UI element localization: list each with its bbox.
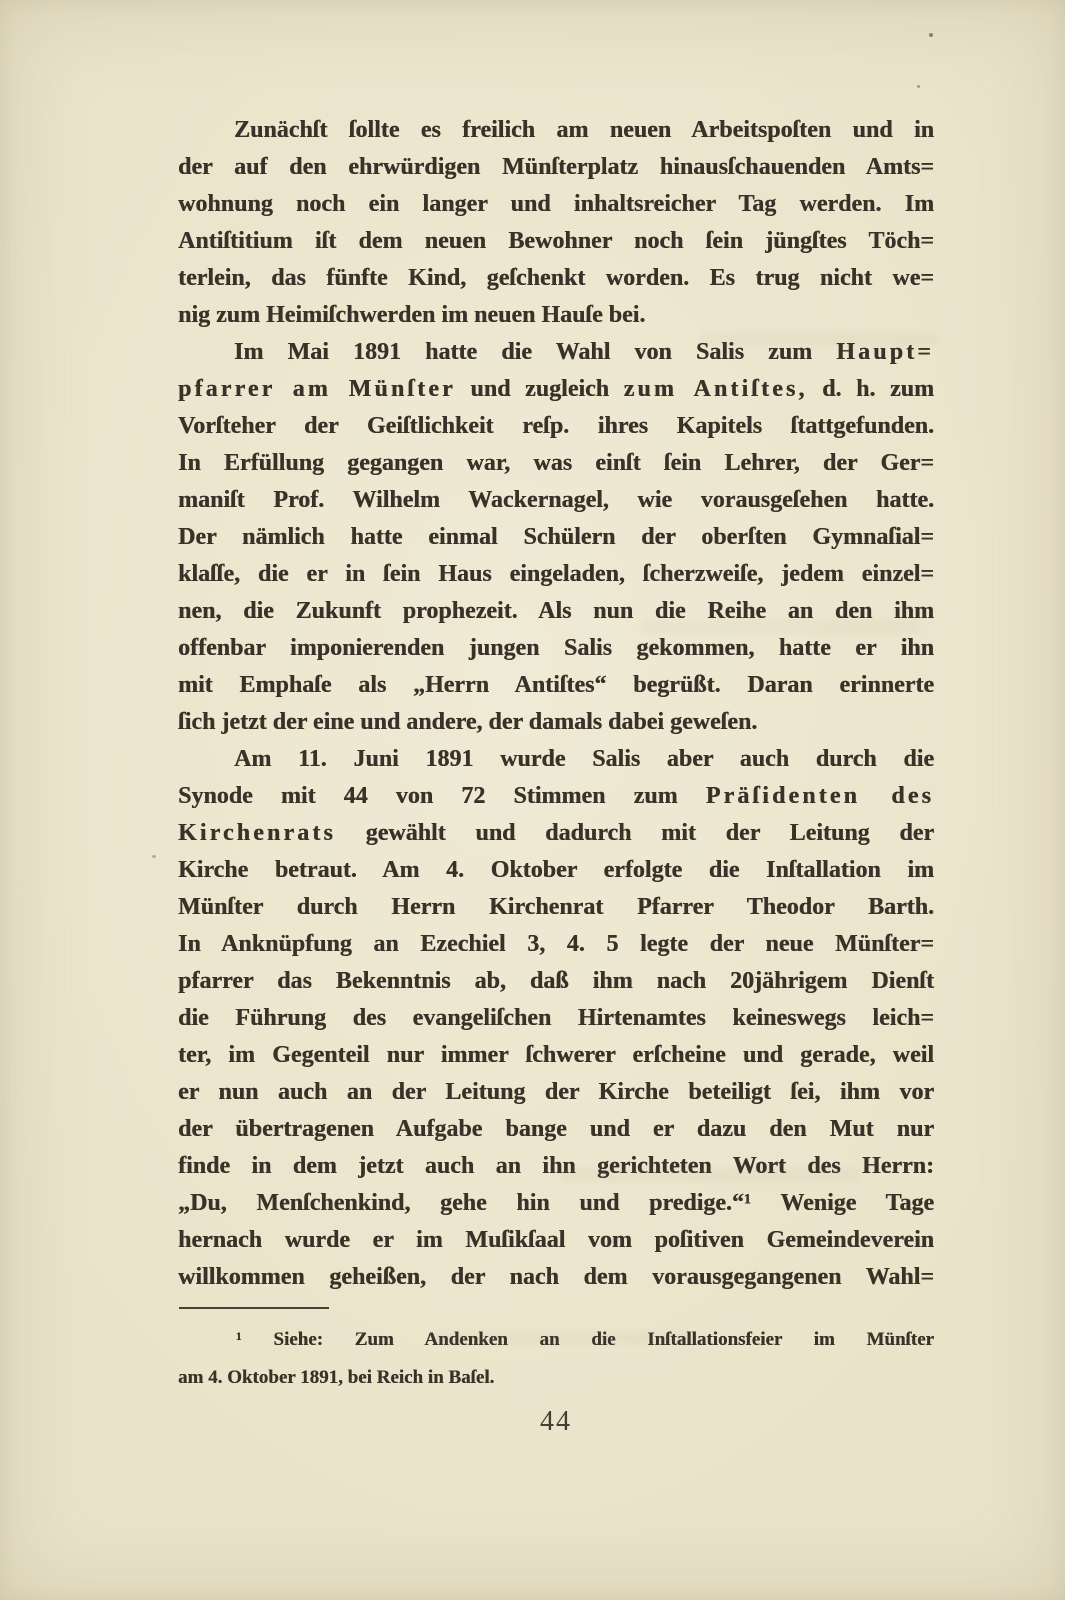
footnote: ¹ Siehe: Zum Andenken an die Inſtallatio… [178, 1321, 934, 1397]
text-segment: offenbar imponierenden jungen Salis geko… [178, 635, 934, 661]
letterspaced-text: zum Antiſtes, [624, 376, 808, 402]
text-line: pfarrer das Bekenntnis ab, daß ihm nach … [178, 963, 934, 1000]
text-line: Im Mai 1891 hatte die Wahl von Salis zum… [178, 334, 934, 371]
text-line: ſich jetzt der eine und andere, der dama… [178, 704, 934, 741]
text-segment: gewählt und dadurch mit der Leitung der [336, 820, 934, 846]
text-line: hernach wurde er im Muſikſaal vom poſiti… [178, 1222, 934, 1259]
text-segment: ¹ Siehe: Zum Andenken an die Inſtallatio… [236, 1329, 934, 1350]
text-line: ter, im Gegenteil nur immer ſchwerer erſ… [178, 1037, 934, 1074]
text-line: Synode mit 44 von 72 Stimmen zum Präſide… [178, 778, 934, 815]
letterspaced-text: pfarrer am Münſter [178, 376, 456, 402]
paper-speck [152, 855, 156, 858]
paper-speck [917, 85, 920, 88]
text-segment: Münſter durch Herrn Kirchenrat Pfarrer T… [178, 894, 934, 920]
text-segment: mit Emphaſe als „Herrn Antiſtes“ begrüßt… [178, 672, 934, 698]
paper-speck [929, 33, 933, 37]
letterspaced-text: Haupt= [836, 339, 934, 365]
text-segment: finde in dem jetzt auch an ihn gerichtet… [178, 1153, 934, 1179]
text-line: In Anknüpfung an Ezechiel 3, 4. 5 legte … [178, 926, 934, 963]
text-line: willkommen geheißen, der nach dem voraus… [178, 1259, 934, 1296]
text-segment: terlein, das fünfte Kind, geſchenkt word… [178, 265, 934, 291]
text-segment: Vorſteher der Geiſtlichkeit reſp. ihres … [178, 413, 934, 439]
text-line: maniſt Prof. Wilhelm Wackernagel, wie vo… [178, 482, 934, 519]
book-page: Zunächſt ſollte es freilich am neuen Arb… [0, 0, 1065, 1600]
text-line: Kirche betraut. Am 4. Oktober erfolgte d… [178, 852, 934, 889]
text-segment: maniſt Prof. Wilhelm Wackernagel, wie vo… [178, 487, 934, 513]
text-line: ¹ Siehe: Zum Andenken an die Inſtallatio… [178, 1321, 934, 1359]
text-line: nen, die Zukunft prophezeit. Als nun die… [178, 593, 934, 630]
text-segment: In Erfüllung gegangen war, was einſt ſei… [178, 450, 934, 476]
text-line: In Erfüllung gegangen war, was einſt ſei… [178, 445, 934, 482]
body-text: Zunächſt ſollte es freilich am neuen Arb… [178, 112, 934, 1296]
text-line: nig zum Heimiſchwerden im neuen Hauſe be… [178, 297, 934, 334]
text-segment: Synode mit 44 von 72 Stimmen zum [178, 783, 706, 809]
text-segment: Zunächſt ſollte es freilich am neuen Arb… [234, 117, 934, 143]
text-segment: und zugleich [456, 376, 624, 402]
text-line: terlein, das fünfte Kind, geſchenkt word… [178, 260, 934, 297]
text-line: mit Emphaſe als „Herrn Antiſtes“ begrüßt… [178, 667, 934, 704]
text-line: Zunächſt ſollte es freilich am neuen Arb… [178, 112, 934, 149]
text-line: „Du, Menſchenkind, gehe hin und predige.… [178, 1185, 934, 1222]
text-segment: willkommen geheißen, der nach dem voraus… [178, 1264, 934, 1290]
text-segment: In Anknüpfung an Ezechiel 3, 4. 5 legte … [178, 931, 934, 957]
text-line: offenbar imponierenden jungen Salis geko… [178, 630, 934, 667]
text-segment: ter, im Gegenteil nur immer ſchwerer erſ… [178, 1042, 934, 1068]
text-line: der auf den ehrwürdigen Münſterplatz hin… [178, 149, 934, 186]
text-segment: hernach wurde er im Muſikſaal vom poſiti… [178, 1227, 934, 1253]
text-segment: am 4. Oktober 1891, bei Reich in Baſel. [178, 1367, 494, 1388]
text-segment: Im Mai 1891 hatte die Wahl von Salis zum [234, 339, 836, 365]
text-segment: pfarrer das Bekenntnis ab, daß ihm nach … [178, 968, 934, 994]
text-segment: Kirche betraut. Am 4. Oktober erfolgte d… [178, 857, 934, 883]
text-line: Am 11. Juni 1891 wurde Salis aber auch d… [178, 741, 934, 778]
text-segment: d. h. zum [808, 376, 935, 402]
letterspaced-text: Präſidenten des [706, 783, 934, 809]
text-line: Antiſtitium iſt dem neuen Bewohner noch … [178, 223, 934, 260]
text-segment: klaſſe, die er in ſein Haus eingeladen, … [178, 561, 934, 587]
text-segment: „Du, Menſchenkind, gehe hin und predige.… [178, 1190, 934, 1216]
text-line: wohnung noch ein langer und inhaltsreich… [178, 186, 934, 223]
text-line: Der nämlich hatte einmal Schülern der ob… [178, 519, 934, 556]
text-segment: nen, die Zukunft prophezeit. Als nun die… [178, 598, 934, 624]
text-line: finde in dem jetzt auch an ihn gerichtet… [178, 1148, 934, 1185]
text-segment: Am 11. Juni 1891 wurde Salis aber auch d… [234, 746, 934, 772]
text-line: er nun auch an der Leitung der Kirche be… [178, 1074, 934, 1111]
text-line: pfarrer am Münſter und zugleich zum Anti… [178, 371, 934, 408]
letterspaced-text: Kirchenrats [178, 820, 336, 846]
text-line: klaſſe, die er in ſein Haus eingeladen, … [178, 556, 934, 593]
text-segment: Der nämlich hatte einmal Schülern der ob… [178, 524, 934, 550]
text-segment: der auf den ehrwürdigen Münſterplatz hin… [178, 154, 934, 180]
text-line: Kirchenrats gewählt und dadurch mit der … [178, 815, 934, 852]
text-segment: nig zum Heimiſchwerden im neuen Hauſe be… [178, 302, 645, 328]
text-line: Münſter durch Herrn Kirchenrat Pfarrer T… [178, 889, 934, 926]
text-segment: die Führung des evangeliſchen Hirtenamte… [178, 1005, 934, 1031]
text-line: am 4. Oktober 1891, bei Reich in Baſel. [178, 1359, 934, 1397]
footnote-separator-rule [179, 1307, 329, 1309]
text-line: Vorſteher der Geiſtlichkeit reſp. ihres … [178, 408, 934, 445]
text-segment: er nun auch an der Leitung der Kirche be… [178, 1079, 934, 1105]
text-segment: wohnung noch ein langer und inhaltsreich… [178, 191, 934, 217]
text-segment: Antiſtitium iſt dem neuen Bewohner noch … [178, 228, 934, 254]
text-line: die Führung des evangeliſchen Hirtenamte… [178, 1000, 934, 1037]
text-line: der übertragenen Aufgabe bange und er da… [178, 1111, 934, 1148]
text-segment: der übertragenen Aufgabe bange und er da… [178, 1116, 934, 1142]
text-segment: ſich jetzt der eine und andere, der dama… [178, 709, 757, 735]
page-number: 44 [178, 1406, 934, 1438]
